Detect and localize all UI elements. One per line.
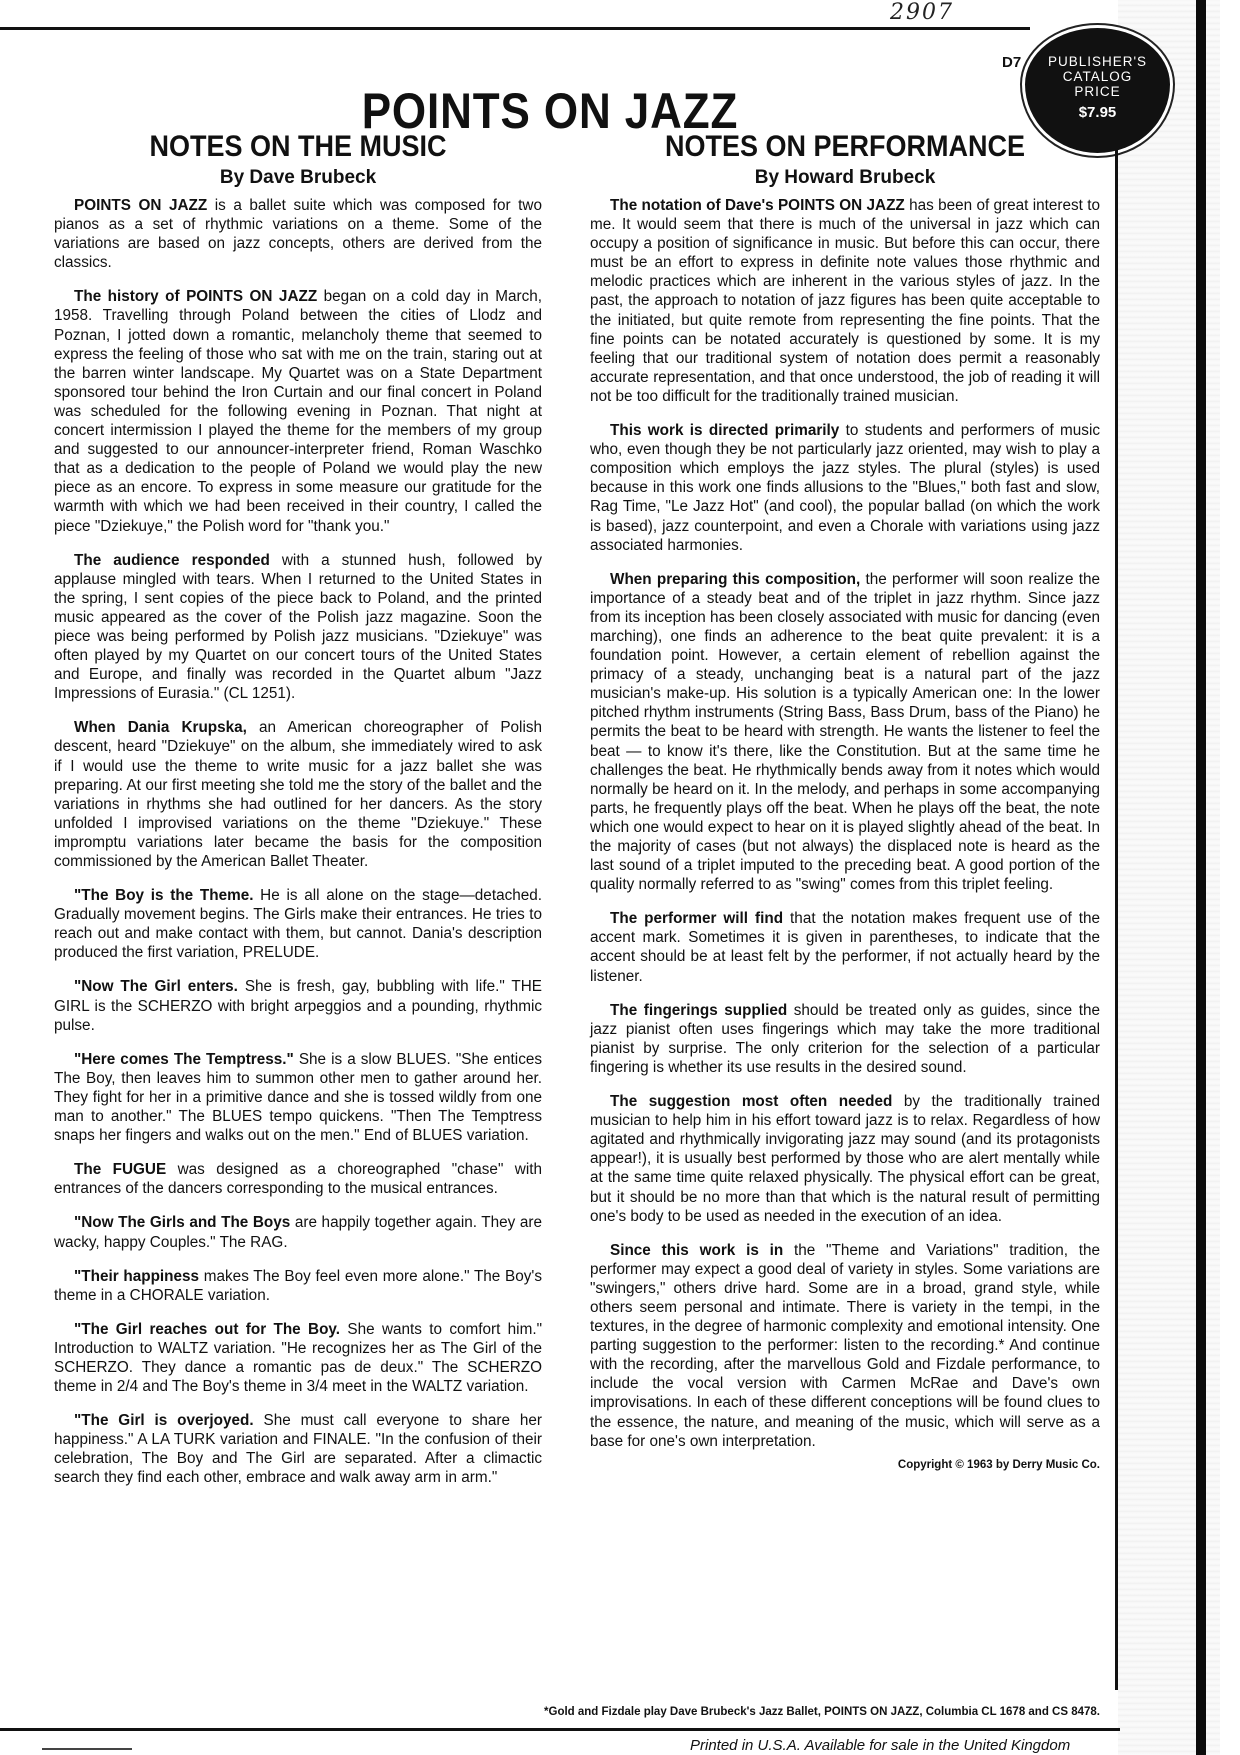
paragraph: When Dania Krupska, an American choreogr… (54, 718, 542, 871)
paragraph: "Here comes The Temptress." She is a slo… (54, 1050, 542, 1145)
paragraph: POINTS ON JAZZ is a ballet suite which w… (54, 196, 542, 272)
notes-on-performance-column: NOTES ON PERFORMANCE By Howard Brubeck T… (590, 130, 1100, 1472)
paragraph-lead: The notation of Dave's POINTS ON JAZZ (610, 197, 905, 214)
handwritten-number: 2907 (890, 0, 954, 25)
recording-footnote: *Gold and Fizdale play Dave Brubeck's Ja… (480, 1706, 1100, 1718)
column-byline: By Howard Brubeck (590, 166, 1100, 190)
paragraph-lead: The suggestion most often needed (610, 1093, 892, 1110)
page-code: D7 (1002, 54, 1021, 71)
paragraph-text: with a stunned hush, followed by applaus… (54, 552, 542, 703)
paragraph: "Now The Girls and The Boys are happily … (54, 1213, 542, 1251)
paragraph: This work is directed primarily to stude… (590, 421, 1100, 555)
paragraph: Since this work is in the "Theme and Var… (590, 1241, 1100, 1451)
paragraph: The FUGUE was designed as a choreographe… (54, 1160, 542, 1198)
paragraph: "The Boy is the Theme. He is all alone o… (54, 886, 542, 962)
paragraph-lead: "Now The Girls and The Boys (74, 1214, 290, 1231)
paragraph-lead: The history of POINTS ON JAZZ (74, 288, 317, 305)
paragraph-text: began on a cold day in March, 1958. Trav… (54, 288, 542, 534)
paragraph-list: The notation of Dave's POINTS ON JAZZ ha… (590, 196, 1100, 1451)
paragraph-lead: This work is directed primarily (610, 422, 839, 439)
paragraph: "Their happiness makes The Boy feel even… (54, 1267, 542, 1305)
price-badge-line3: PRICE (1025, 84, 1170, 99)
paragraph: The performer will find that the notatio… (590, 909, 1100, 985)
paragraph: "The Girl is overjoyed. She must call ev… (54, 1411, 542, 1487)
paragraph: The fingerings supplied should be treate… (590, 1001, 1100, 1077)
paragraph: When preparing this composition, the per… (590, 570, 1100, 895)
paragraph: The suggestion most often needed by the … (590, 1092, 1100, 1226)
copyright-notice: Copyright © 1963 by Derry Music Co. (590, 1458, 1100, 1472)
price-badge-line2: CATALOG (1025, 69, 1170, 84)
paragraph: The notation of Dave's POINTS ON JAZZ ha… (590, 196, 1100, 406)
paragraph-lead: The FUGUE (74, 1161, 166, 1178)
paragraph-text: has been of great interest to me. It wou… (590, 197, 1100, 405)
scan-edge-bar (1196, 0, 1206, 1755)
paragraph-lead: "The Girl is overjoyed. (74, 1412, 254, 1429)
paragraph-lead: The performer will find (610, 910, 783, 927)
price-value: $7.95 (1025, 104, 1170, 121)
column-heading: NOTES ON THE MUSIC (78, 130, 517, 164)
paragraph-text: by the traditionally trained musician to… (590, 1093, 1100, 1225)
paragraph-lead: "The Girl reaches out for The Boy. (74, 1321, 340, 1338)
paragraph-lead: "Now The Girl enters. (74, 978, 238, 995)
paragraph: The history of POINTS ON JAZZ began on a… (54, 287, 542, 535)
paragraph-text: the "Theme and Variations" tradition, th… (590, 1242, 1100, 1450)
paragraph-lead: "Their happiness (74, 1268, 199, 1285)
paragraph-lead: Since this work is in (610, 1242, 783, 1259)
paragraph: "The Girl reaches out for The Boy. She w… (54, 1320, 542, 1396)
paragraph: The audience responded with a stunned hu… (54, 551, 542, 704)
price-badge-line1: PUBLISHER'S (1025, 54, 1170, 69)
paragraph-lead: When Dania Krupska, (74, 719, 247, 736)
bottom-rule (0, 1728, 1120, 1731)
right-border-rule (1115, 150, 1118, 1690)
cut-off-text-fragment (42, 1748, 132, 1750)
paragraph-lead: POINTS ON JAZZ (74, 197, 207, 214)
column-byline: By Dave Brubeck (54, 166, 542, 190)
paragraph-lead: The audience responded (74, 552, 270, 569)
paragraph-lead: When preparing this composition, (610, 571, 860, 588)
top-rule (0, 27, 1030, 30)
column-heading: NOTES ON PERFORMANCE (616, 130, 1075, 164)
paragraph-list: POINTS ON JAZZ is a ballet suite which w… (54, 196, 542, 1488)
paragraph-lead: "The Boy is the Theme. (74, 887, 253, 904)
paragraph-text: an American choreographer of Polish desc… (54, 719, 542, 870)
paragraph: "Now The Girl enters. She is fresh, gay,… (54, 977, 542, 1034)
paragraph-text: to students and performers of music who,… (590, 422, 1100, 554)
paragraph-lead: The fingerings supplied (610, 1002, 787, 1019)
paragraph-text: the performer will soon realize the impo… (590, 571, 1100, 894)
paragraph-lead: "Here comes The Temptress." (74, 1051, 294, 1068)
notes-on-music-column: NOTES ON THE MUSIC By Dave Brubeck POINT… (54, 130, 542, 1503)
printed-in-notice: Printed in U.S.A. Available for sale in … (690, 1737, 1070, 1754)
